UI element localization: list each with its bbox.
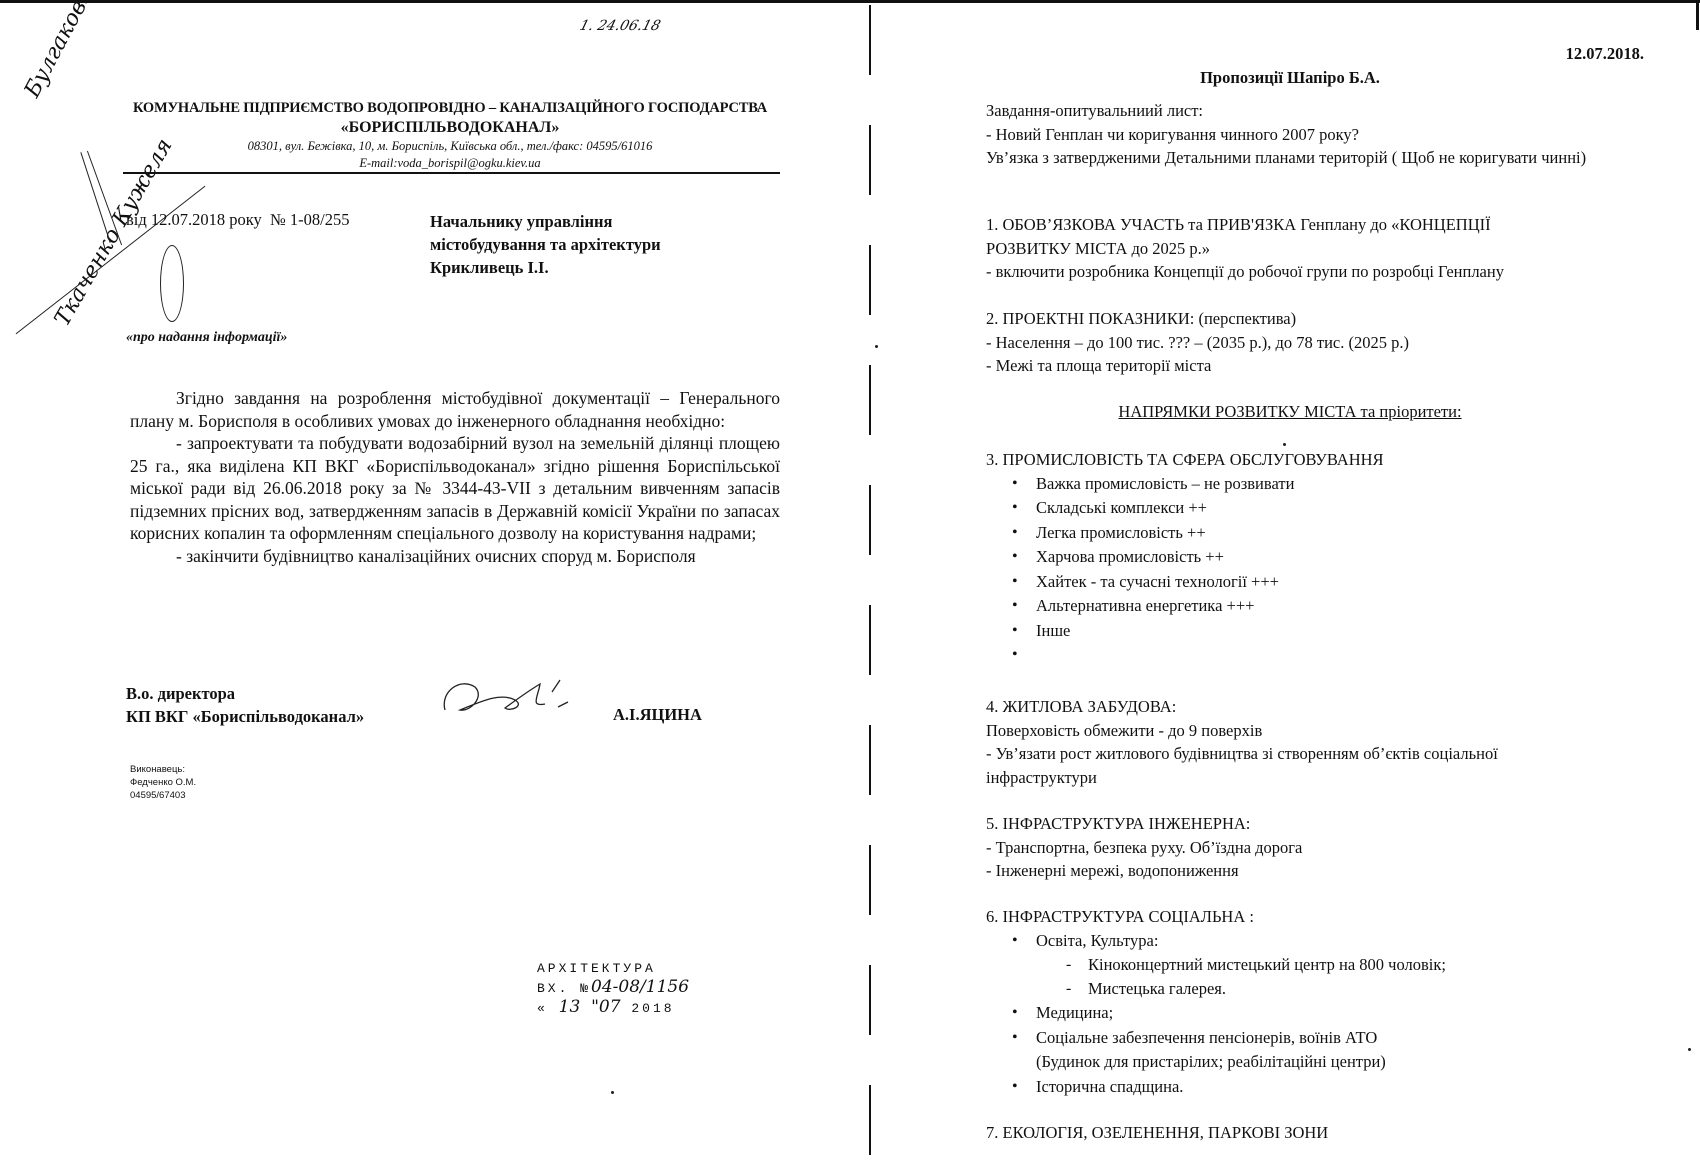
section-6: 6. ІНФРАСТРУКТУРА СОЦІАЛЬНА : Освіта, Ку… [986, 905, 1666, 1099]
letter-body: Згідно завдання на розроблення містобуді… [130, 387, 780, 567]
section-item: Поверховість обмежити - до 9 поверхів [986, 719, 1666, 743]
intro-block: Завдання-опитувальниий лист: - Новий Ген… [986, 99, 1666, 170]
org-type: КОМУНАЛЬНЕ ПІДПРИЄМСТВО ВОДОПРОВІДНО – К… [120, 100, 780, 117]
sublist-item: Мистецька галерея. [1036, 977, 1666, 1001]
social-list: Освіта, Культура: Кіноконцертний мистець… [986, 929, 1666, 1100]
scan-speck [875, 345, 878, 348]
list-item: Складські комплекси ++ [986, 496, 1666, 521]
section-item: - включити розробника Концепції до робоч… [986, 260, 1666, 284]
addressee-name: Крикливець І.І. [430, 256, 661, 279]
list-item-label: Соціальне забезпечення пенсіонерів, воїн… [1036, 1026, 1666, 1051]
stamp-department: АРХІТЕКТУРА [537, 960, 689, 978]
reference-number: від 12.07.2018 року № 1-08/255 [126, 210, 350, 230]
section-4: 4. ЖИТЛОВА ЗАБУДОВА: Поверховість обмежи… [986, 695, 1666, 789]
sublist-item: Кіноконцертний мистецький центр на 800 ч… [1036, 953, 1666, 977]
section-item: - Ув’язати рост житлового будівництва зі… [986, 742, 1586, 789]
section-title: 4. ЖИТЛОВА ЗАБУДОВА: [986, 695, 1666, 719]
letterhead-rule [123, 172, 780, 174]
stamp-year: 2018 [631, 1001, 674, 1016]
position-org: КП ВКГ «Бориспільводоканал» [126, 705, 364, 728]
section-title: 6. ІНФРАСТРУКТУРА СОЦІАЛЬНА : [986, 905, 1666, 929]
position-title: В.о. директора [126, 682, 364, 705]
signature-stroke-icon [160, 245, 184, 322]
intro-line: Завдання-опитувальниий лист: [986, 99, 1666, 123]
industry-list: Важка промисловість – не розвивати Склад… [986, 472, 1666, 668]
body-paragraph: - закінчити будівництво каналізаційних о… [130, 545, 780, 568]
body-paragraph: - запроектувати та побудувати водозабірн… [130, 432, 780, 545]
org-email: E-mail:voda_borispil@ogku.kiev.ua [120, 156, 780, 171]
section-item: - Межі та площа території міста [986, 354, 1666, 378]
list-item: Альтернативна енергетика +++ [986, 594, 1666, 619]
list-item: Освіта, Культура: Кіноконцертний мистець… [986, 929, 1666, 1002]
section-title: 7. ЕКОЛОГІЯ, ОЗЕЛЕНЕННЯ, ПАРКОВІ ЗОНИ [986, 1121, 1666, 1145]
section-title: 2. ПРОЕКТНІ ПОКАЗНИКИ: (перспектива) [986, 307, 1666, 331]
intro-line: Ув’язка з затвердженими Детальними плана… [986, 146, 1596, 170]
directions-heading: НАПРЯМКИ РОЗВИТКУ МІСТА та пріоритети: [880, 402, 1700, 422]
intro-line: - Новий Генплан чи коригування чинного 2… [986, 123, 1666, 147]
stamp-date-prefix: « [537, 1001, 548, 1016]
signature-icon [440, 672, 590, 722]
executor-info: Виконавець: Федченко О.М. 04595/67403 [130, 763, 196, 802]
proposals-page: 12.07.2018. Пропозиції Шапіро Б.А. Завда… [880, 0, 1700, 1170]
list-item: Важка промисловість – не розвивати [986, 472, 1666, 497]
section-item: - Населення – до 100 тис. ??? – (2035 р.… [986, 331, 1666, 355]
culture-sublist: Кіноконцертний мистецький центр на 800 ч… [1036, 953, 1666, 1001]
executor-name: Федченко О.М. [130, 776, 196, 789]
list-item: Хайтек - та сучасні технології +++ [986, 570, 1666, 595]
stamp-day: 13 [559, 997, 581, 1017]
list-item: Харчова промисловість ++ [986, 545, 1666, 570]
addressee-line: Начальнику управління [430, 210, 661, 233]
section-item: - Транспортна, безпека руху. Об’їздна до… [986, 836, 1666, 860]
list-item: Історична спадщина. [986, 1075, 1666, 1100]
section-title: 1. ОБОВ’ЯЗКОВА УЧАСТЬ та ПРИВ'ЯЗКА Генпл… [986, 213, 1546, 260]
section-1: 1. ОБОВ’ЯЗКОВА УЧАСТЬ та ПРИВ'ЯЗКА Генпл… [986, 213, 1666, 284]
list-item-detail: (Будинок для пристарілих; реабілітаційні… [1036, 1050, 1666, 1075]
signature-stroke-icon [80, 152, 110, 243]
scan-speck [1688, 1048, 1691, 1051]
stamp-number-label: ВХ. № [537, 981, 591, 996]
list-item: Медицина; [986, 1001, 1666, 1026]
addressee-line: містобудування та архітектури [430, 233, 661, 256]
executor-label: Виконавець: [130, 763, 196, 776]
page-separator [869, 5, 871, 1170]
addressee: Начальнику управління містобудування та … [430, 210, 661, 279]
section-2: 2. ПРОЕКТНІ ПОКАЗНИКИ: (перспектива) - Н… [986, 307, 1666, 378]
section-5: 5. ІНФРАСТРУКТУРА ІНЖЕНЕРНА: - Транспорт… [986, 812, 1666, 883]
document-date: 12.07.2018. [1566, 44, 1644, 64]
list-item: Легка промисловість ++ [986, 521, 1666, 546]
list-item: Соціальне забезпечення пенсіонерів, воїн… [986, 1026, 1666, 1075]
section-3: 3. ПРОМИСЛОВІСТЬ ТА СФЕРА ОБСЛУГОВУВАННЯ… [986, 448, 1666, 668]
letter-page: 1. 24.06.18 Булгакова Л.В. до відома Тка… [0, 0, 860, 1170]
handwritten-date: 1. 24.06.18 [578, 18, 662, 34]
section-7: 7. ЕКОЛОГІЯ, ОЗЕЛЕНЕННЯ, ПАРКОВІ ЗОНИ [986, 1121, 1666, 1145]
org-address: 08301, вул. Бежівка, 10, м. Бориспіль, К… [120, 139, 780, 154]
document-title: Пропозиції Шапіро Б.А. [880, 68, 1700, 88]
list-item-label: Освіта, Культура: [1036, 931, 1158, 950]
section-title: 5. ІНФРАСТРУКТУРА ІНЖЕНЕРНА: [986, 812, 1666, 836]
list-item [986, 643, 1666, 668]
signatory-position: В.о. директора КП ВКГ «Бориспільводокана… [126, 682, 364, 728]
body-paragraph: Згідно завдання на розроблення містобуді… [130, 387, 780, 432]
letterhead: КОМУНАЛЬНЕ ПІДПРИЄМСТВО ВОДОПРОВІДНО – К… [120, 100, 780, 171]
stamp-number: 04-08/1156 [591, 977, 689, 997]
section-title: 3. ПРОМИСЛОВІСТЬ ТА СФЕРА ОБСЛУГОВУВАННЯ [986, 448, 1666, 472]
org-name: «БОРИСПІЛЬВОДОКАНАЛ» [120, 119, 780, 137]
incoming-stamp: АРХІТЕКТУРА ВХ. №04-08/1156 « 13 "07 201… [537, 960, 689, 1018]
scan-speck [611, 1091, 614, 1094]
signatory-name: А.І.ЯЦИНА [613, 705, 702, 725]
scan-speck [1283, 443, 1286, 446]
stamp-month: "07 [591, 997, 620, 1017]
section-item: - Інженерні мережі, водопониження [986, 859, 1666, 883]
handwritten-resolution: Булгакова Л.В. до відома [20, 0, 180, 102]
list-item: Інше [986, 619, 1666, 644]
letter-subject: «про надання інформації» [126, 330, 287, 346]
executor-phone: 04595/67403 [130, 789, 196, 802]
